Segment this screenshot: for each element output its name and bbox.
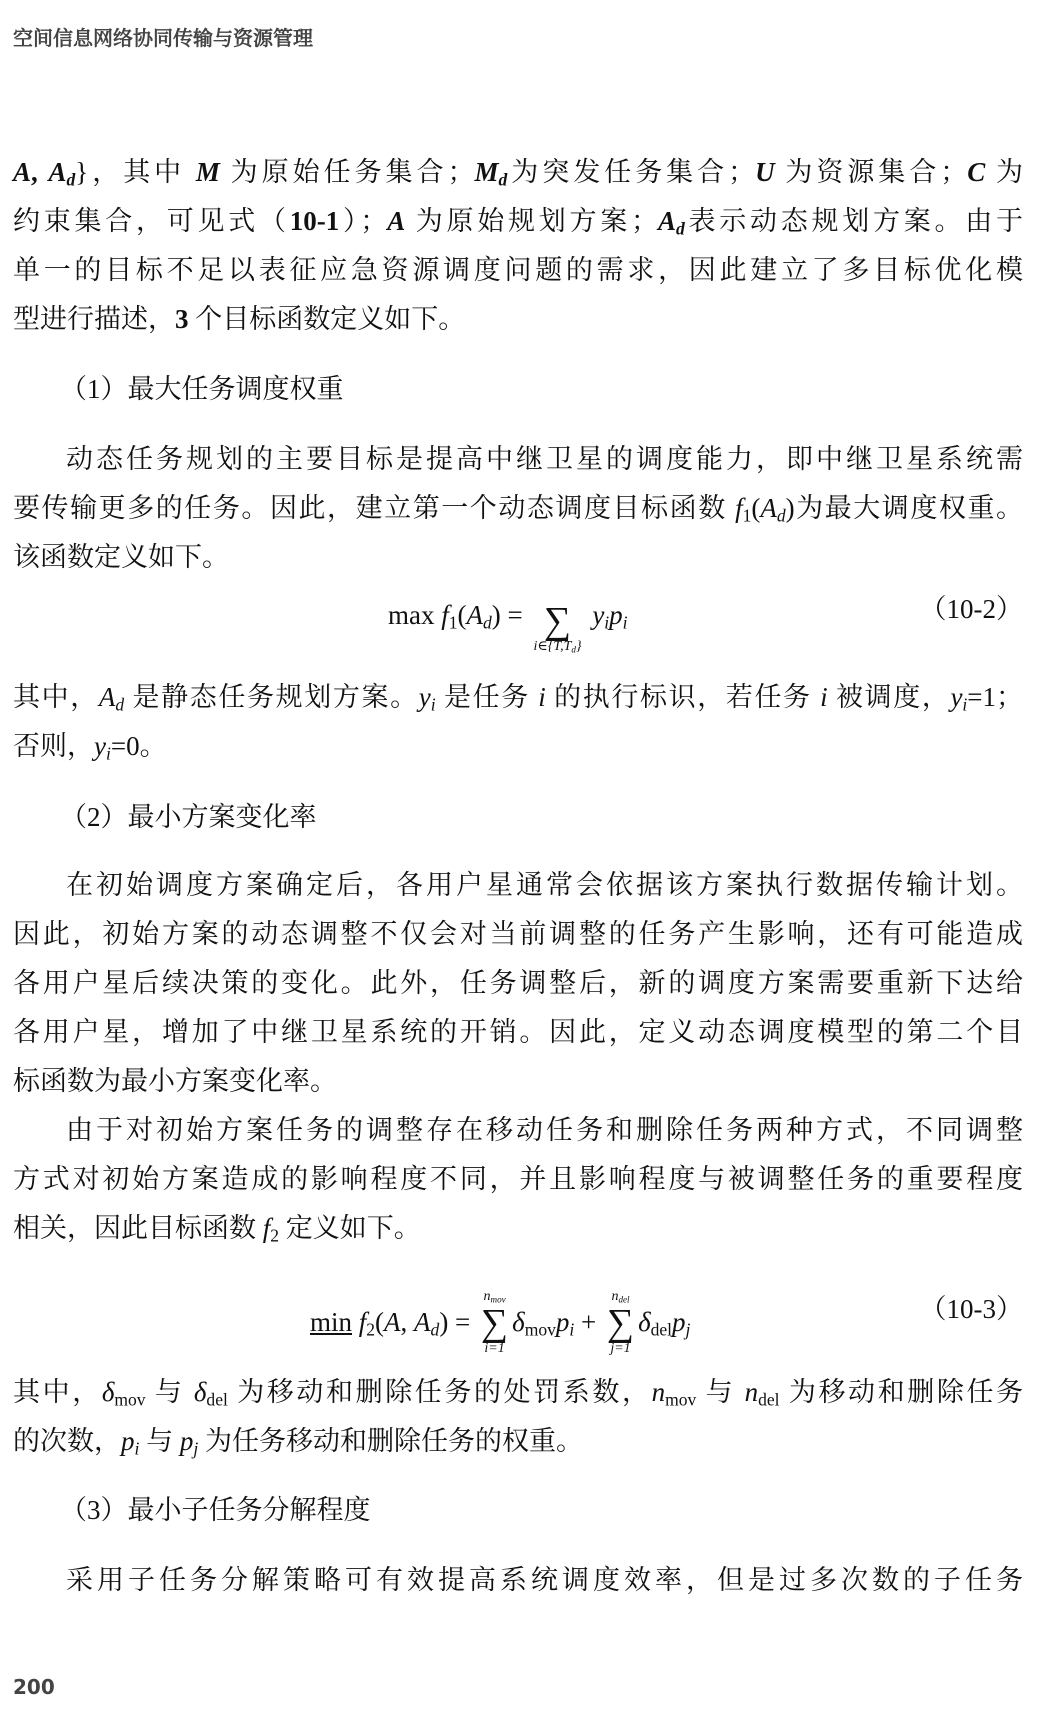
paragraph-3-line-1: 其中，Ad 是静态任务规划方案。yi 是任务 i 的执行标识，若任务 i 被调度… [13,680,1023,714]
paragraph-1-line-2: 约束集合，可见式（10-1）；A 为原始规划方案；Ad表示动态规划方案。由于 [13,204,1023,238]
paragraph-5-line-2: 方式对初始方案造成的影响程度不同，并且影响程度与被调整任务的重要程度 [13,1162,1023,1196]
paragraph-5-line-1: 由于对初始方案任务的调整存在移动任务和删除任务两种方式，不同调整 [66,1113,1023,1147]
paragraph-2-line-1: 动态任务规划的主要目标是提高中继卫星的调度能力，即中继卫星系统需 [66,442,1023,476]
paragraph-7-line-1: 采用子任务分解策略可有效提高系统调度效率，但是过多次数的子任务 [66,1563,1023,1597]
equation-number-10-2: （10-2） [920,592,1024,626]
paragraph-3-line-2: 否则，yi=0。 [13,729,1023,763]
paragraph-4-line-3: 各用户星后续决策的变化。此外，任务调整后，新的调度方案需要重新下达给 [13,966,1023,1000]
paragraph-4-line-1: 在初始调度方案确定后，各用户星通常会依据该方案执行数据传输计划。 [66,868,1023,902]
heading-2: （2）最小方案变化率 [60,800,1037,834]
heading-1: （1）最大任务调度权重 [60,372,1037,406]
paragraph-4-line-4: 各用户星，增加了中继卫星系统的开销。因此，定义动态调度模型的第二个目 [13,1015,1023,1049]
running-head: 空间信息网络协同传输与资源管理 [13,22,313,51]
summation-symbol: ∑ i∈{T,Td} [534,602,582,654]
heading-3: （3）最小子任务分解程度 [60,1493,1037,1527]
summation-symbol-mov: nmov ∑ i=1 [481,1290,508,1356]
paragraph-5-line-3: 相关，因此目标函数 f2 定义如下。 [13,1211,1023,1245]
paragraph-2-line-3: 该函数定义如下。 [13,540,1023,574]
paragraph-6-line-1: 其中，δmov 与 δdel 为移动和删除任务的处罚系数，nmov 与 ndel… [13,1375,1023,1409]
page-number: 200 [13,1675,55,1699]
equation-number-10-3: （10-3） [920,1292,1024,1326]
paragraph-1-line-1: A, Ad}，其中 M 为原始任务集合；Md为突发任务集合；U 为资源集合；C … [13,155,1023,189]
paragraph-4-line-5: 标函数为最小方案变化率。 [13,1064,1023,1098]
equation-10-3: min f2(A, Ad) = nmov ∑ i=1 δmovpi + ndel… [310,1292,690,1358]
summation-symbol-del: ndel ∑ j=1 [607,1290,634,1356]
paragraph-6-line-2: 的次数，pi 与 pj 为任务移动和删除任务的权重。 [13,1424,1023,1458]
paragraph-4-line-2: 因此，初始方案的动态调整不仅会对当前调整的任务产生影响，还有可能造成 [13,917,1023,951]
equation-10-2: max f1(Ad) = ∑ i∈{T,Td} yipi [388,592,628,644]
paragraph-1-line-4: 型进行描述，3 个目标函数定义如下。 [13,302,1023,336]
paragraph-2-line-2: 要传输更多的任务。因此，建立第一个动态调度目标函数 f1(Ad)为最大调度权重。 [13,491,1023,525]
paragraph-1-line-3: 单一的目标不足以表征应急资源调度问题的需求，因此建立了多目标优化模 [13,253,1023,287]
